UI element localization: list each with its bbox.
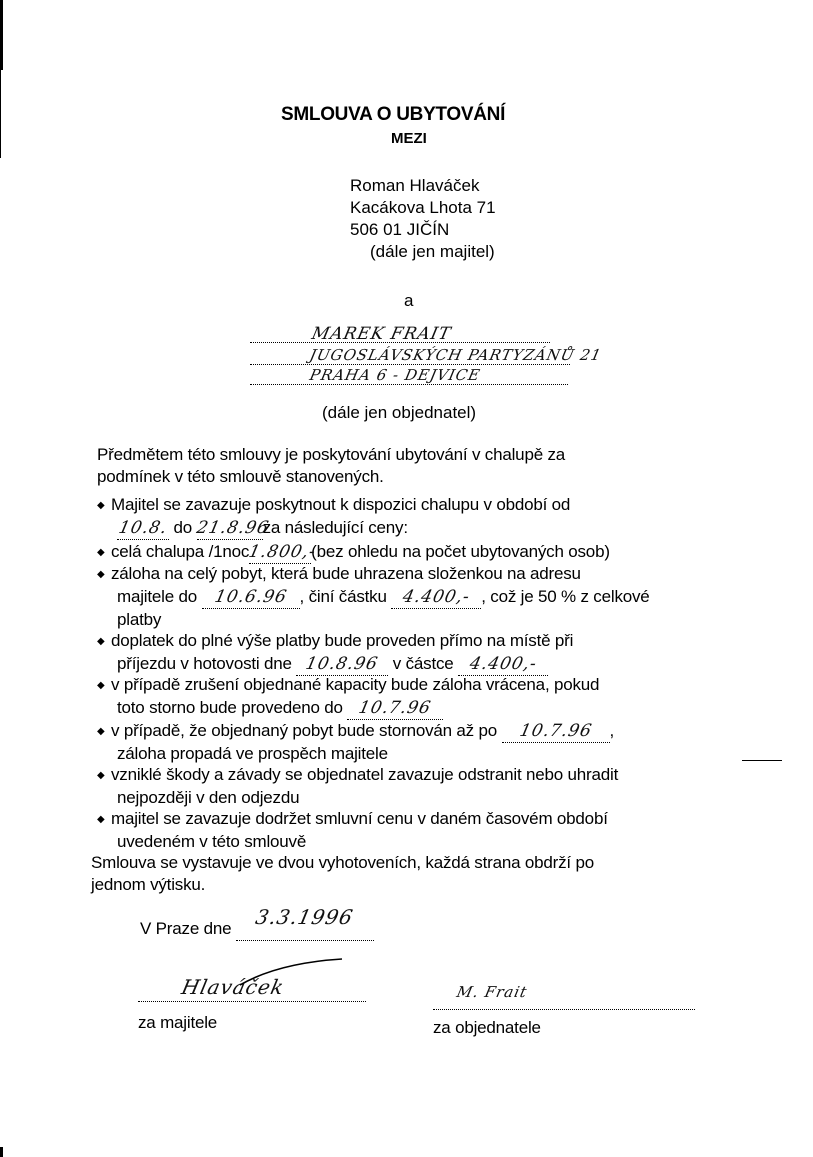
scan-artifact — [742, 760, 782, 761]
bullet-icon: ◆ — [97, 542, 111, 564]
document-title: SMLOUVA O UBYTOVÁNÍ — [281, 104, 505, 126]
owner-name: Roman Hlaváček — [350, 175, 496, 197]
handwritten-value: 10.7.96 — [357, 697, 434, 719]
customer-address: MAREK FRAIT JUGOSLÁVSKÝCH PARTYZÁNŮ 21 P… — [250, 322, 570, 394]
fill-cancellation-date[interactable]: 10.7.96 — [347, 697, 443, 720]
clause-text: (bez ohledu na počet ubytovaných osob) — [311, 542, 610, 561]
scan-margin-mark — [0, 0, 3, 70]
clause-text: , činí částku — [300, 587, 392, 606]
customer-role: (dále jen objednatel) — [322, 402, 476, 424]
customer-name: MAREK FRAIT — [310, 324, 453, 344]
clause-text: za následující ceny: — [263, 518, 408, 537]
fill-late-cancellation-date[interactable]: 10.7.96 — [502, 720, 610, 743]
place-date-label: V Praze dne — [140, 919, 236, 938]
handwritten-value: 10.7.96 — [517, 720, 594, 742]
clause-text: záloha propadá ve prospěch majitele — [97, 743, 614, 765]
signature-flourish — [238, 957, 348, 987]
owner-city: 506 01 JIČÍN — [350, 219, 496, 241]
owner-address: Roman Hlaváček Kacákova Lhota 71 506 01 … — [350, 175, 496, 263]
clause-availability: ◆Majitel se zavazuje poskytnout k dispoz… — [97, 494, 570, 540]
clause-text: majitel se zavazuje dodržet smluvní cenu… — [111, 809, 608, 828]
place-date: V Praze dne 3.3.1996 — [140, 916, 374, 941]
scan-margin-mark — [0, 70, 1, 158]
clause-text: platby — [97, 609, 650, 631]
fill-price-per-night[interactable]: 1.800,- — [249, 541, 311, 564]
closing-line: jednom výtisku. — [91, 874, 594, 896]
clause-text: nejpozději v den odjezdu — [97, 787, 618, 809]
handwritten-value: 4.400,- — [400, 586, 472, 608]
fill-balance-amount[interactable]: 4.400,- — [458, 653, 548, 676]
clause-balance: ◆doplatek do plné výše platby bude prove… — [97, 630, 573, 676]
clause-text: do — [169, 518, 197, 537]
clause-cancellation: ◆v případě zrušení objednané kapacity bu… — [97, 674, 599, 720]
intro-line: Předmětem této smlouvy je poskytování ub… — [97, 444, 565, 466]
handwritten-value: 10.8. — [117, 517, 170, 539]
document-subtitle: MEZI — [391, 130, 427, 147]
fill-date-to[interactable]: 21.8.96 — [197, 517, 263, 540]
clause-text: v částce — [388, 654, 458, 673]
owner-role: (dále jen majitel) — [350, 241, 496, 263]
customer-signature-line[interactable]: M. Frait — [433, 975, 695, 1015]
clause-text: příjezdu v hotovosti dne — [117, 654, 296, 673]
bullet-icon: ◆ — [97, 809, 111, 831]
customer-label: za objednatele — [433, 1017, 541, 1039]
owner-street: Kacákova Lhota 71 — [350, 197, 496, 219]
clause-text: , což je 50 % z celkové — [481, 587, 649, 606]
handwritten-value: 3.3.1996 — [254, 906, 356, 928]
fill-date-from[interactable]: 10.8. — [117, 517, 169, 540]
scan-artifact — [0, 1147, 3, 1157]
customer-city: PRAHA 6 - DEJVICE — [308, 366, 482, 384]
clause-text: uvedeném v této smlouvě — [97, 831, 608, 853]
handwritten-value: 10.8.96 — [304, 653, 381, 675]
clause-price: ◆celá chalupa /1noc1.800,-(bez ohledu na… — [97, 541, 610, 564]
clause-damages: ◆vzniklé škody a závady se objednatel za… — [97, 764, 618, 809]
fill-signing-date[interactable]: 3.3.1996 — [236, 916, 374, 941]
bullet-icon: ◆ — [97, 495, 111, 517]
clause-text: v případě zrušení objednané kapacity bud… — [111, 675, 599, 694]
owner-signature-line[interactable]: Hlaváček — [138, 965, 366, 1005]
fill-arrival-date[interactable]: 10.8.96 — [296, 653, 388, 676]
fill-deposit-date[interactable]: 10.6.96 — [202, 586, 300, 609]
handwritten-value: 1.800,- — [247, 541, 319, 563]
intro-line: podmínek v této smlouvě stanovených. — [97, 466, 565, 488]
bullet-icon: ◆ — [97, 765, 111, 787]
intro-paragraph: Předmětem této smlouvy je poskytování ub… — [97, 444, 565, 488]
clause-price-guarantee: ◆majitel se zavazuje dodržet smluvní cen… — [97, 808, 608, 853]
handwritten-value: 4.400,- — [467, 653, 539, 675]
customer-signature: M. Frait — [455, 983, 529, 1001]
customer-city-line[interactable]: PRAHA 6 - DEJVICE — [250, 370, 570, 394]
bullet-icon: ◆ — [97, 631, 111, 653]
clause-text: toto storno bude provedeno do — [117, 698, 347, 717]
clause-text: záloha na celý pobyt, která bude uhrazen… — [111, 564, 581, 583]
handwritten-value: 21.8.96 — [194, 517, 271, 539]
clause-late-cancellation: ◆v případě, že objednaný pobyt bude stor… — [97, 720, 614, 765]
clause-text: celá chalupa /1noc — [111, 542, 249, 561]
customer-street: JUGOSLÁVSKÝCH PARTYZÁNŮ 21 — [308, 346, 603, 364]
customer-name-line[interactable]: MAREK FRAIT — [250, 322, 570, 346]
clause-text: Majitel se zavazuje poskytnout k dispozi… — [111, 495, 570, 514]
bullet-icon: ◆ — [97, 721, 111, 743]
clause-text: v případě, že objednaný pobyt bude storn… — [111, 721, 502, 740]
handwritten-value: 10.6.96 — [212, 586, 289, 608]
fill-deposit-amount[interactable]: 4.400,- — [391, 586, 481, 609]
closing-paragraph: Smlouva se vystavuje ve dvou vyhotoveníc… — [91, 852, 594, 896]
clause-deposit: ◆záloha na celý pobyt, která bude uhraze… — [97, 563, 650, 631]
owner-label: za majitele — [138, 1012, 217, 1034]
clause-text: majitele do — [117, 587, 202, 606]
bullet-icon: ◆ — [97, 675, 111, 697]
clause-text: doplatek do plné výše platby bude proved… — [111, 631, 573, 650]
closing-line: Smlouva se vystavuje ve dvou vyhotoveníc… — [91, 852, 594, 874]
bullet-icon: ◆ — [97, 564, 111, 586]
clause-text: vzniklé škody a závady se objednatel zav… — [111, 765, 618, 784]
conjunction: a — [404, 290, 413, 312]
